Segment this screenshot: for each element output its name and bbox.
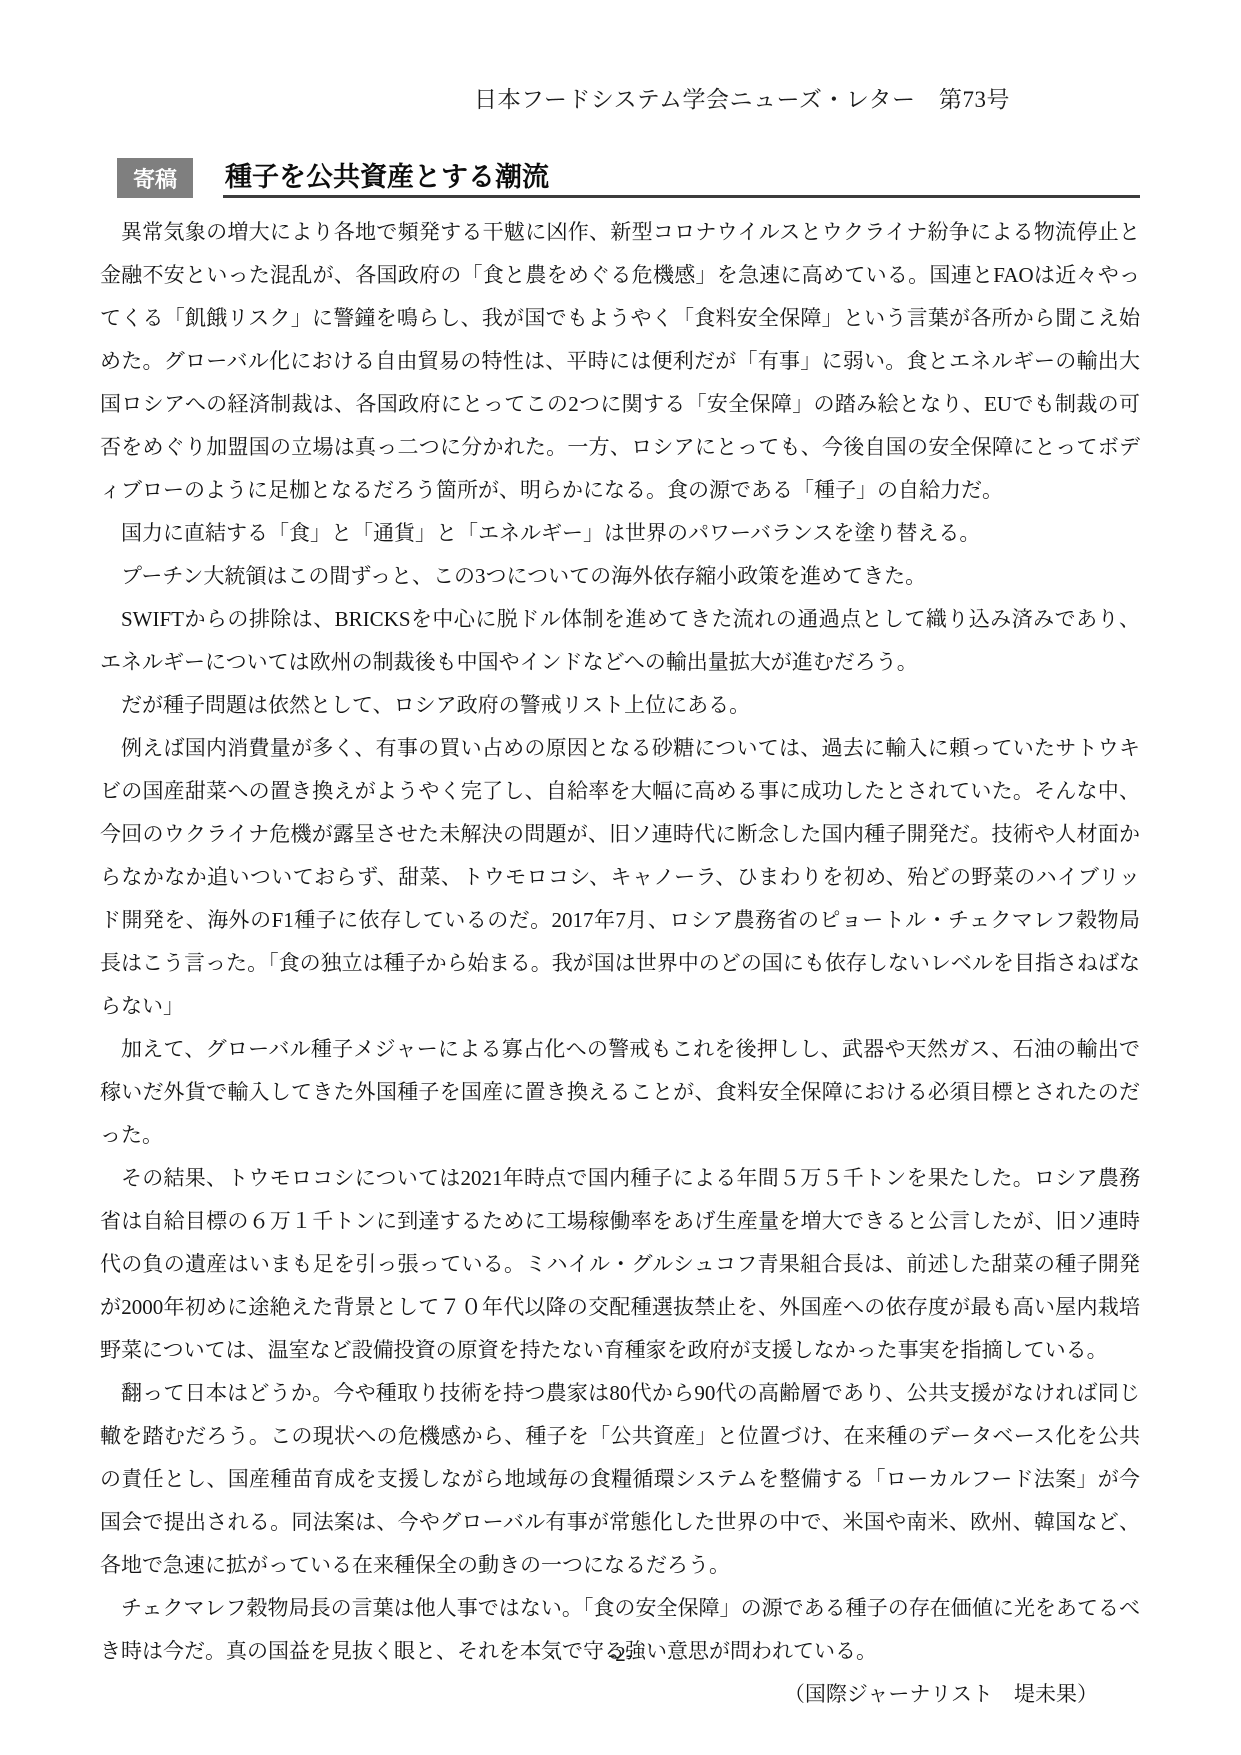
- page-header: 日本フードシステム学会ニューズ・レター 第73号: [0, 86, 1010, 114]
- paragraph-8: その結果、トウモロコシについては2021年時点で国内種子による年間５万５千トンを…: [100, 1157, 1140, 1372]
- newsletter-header-title: 日本フードシステム学会ニューズ・レター 第73号: [474, 87, 1010, 112]
- paragraph-9: 翻って日本はどうか。今や種取り技術を持つ農家は80代から90代の高齢層であり、公…: [100, 1372, 1140, 1587]
- paragraph-4: SWIFTからの排除は、BRICKSを中心に脱ドル体制を進めてきた流れの通過点と…: [100, 598, 1140, 684]
- page-footer: -2-: [0, 1642, 1241, 1667]
- paragraph-3: プーチン大統領はこの間ずっと、この3つについての海外依存縮小政策を進めてきた。: [100, 555, 1140, 598]
- page-number: -2-: [608, 1642, 633, 1666]
- article-body: 異常気象の増大により各地で頻発する干魃に凶作、新型コロナウイルスとウクライナ紛争…: [100, 211, 1140, 1716]
- paragraph-1: 異常気象の増大により各地で頻発する干魃に凶作、新型コロナウイルスとウクライナ紛争…: [100, 211, 1140, 512]
- paragraph-7: 加えて、グローバル種子メジャーによる寡占化への警戒もこれを後押しし、武器や天然ガ…: [100, 1028, 1140, 1157]
- contribution-badge: 寄稿: [117, 158, 193, 198]
- article-title: 種子を公共資産とする潮流: [223, 158, 1140, 198]
- article-title-row: 寄稿 種子を公共資産とする潮流: [117, 158, 1140, 198]
- paragraph-5: だが種子問題は依然として、ロシア政府の警戒リスト上位にある。: [100, 684, 1140, 727]
- newsletter-page: 日本フードシステム学会ニューズ・レター 第73号 寄稿 種子を公共資産とする潮流…: [0, 0, 1241, 1755]
- author-signature: （国際ジャーナリスト 堤未果）: [100, 1673, 1140, 1716]
- paragraph-2: 国力に直結する「食」と「通貨」と「エネルギー」は世界のパワーバランスを塗り替える…: [100, 512, 1140, 555]
- paragraph-6: 例えば国内消費量が多く、有事の買い占めの原因となる砂糖については、過去に輸入に頼…: [100, 727, 1140, 1028]
